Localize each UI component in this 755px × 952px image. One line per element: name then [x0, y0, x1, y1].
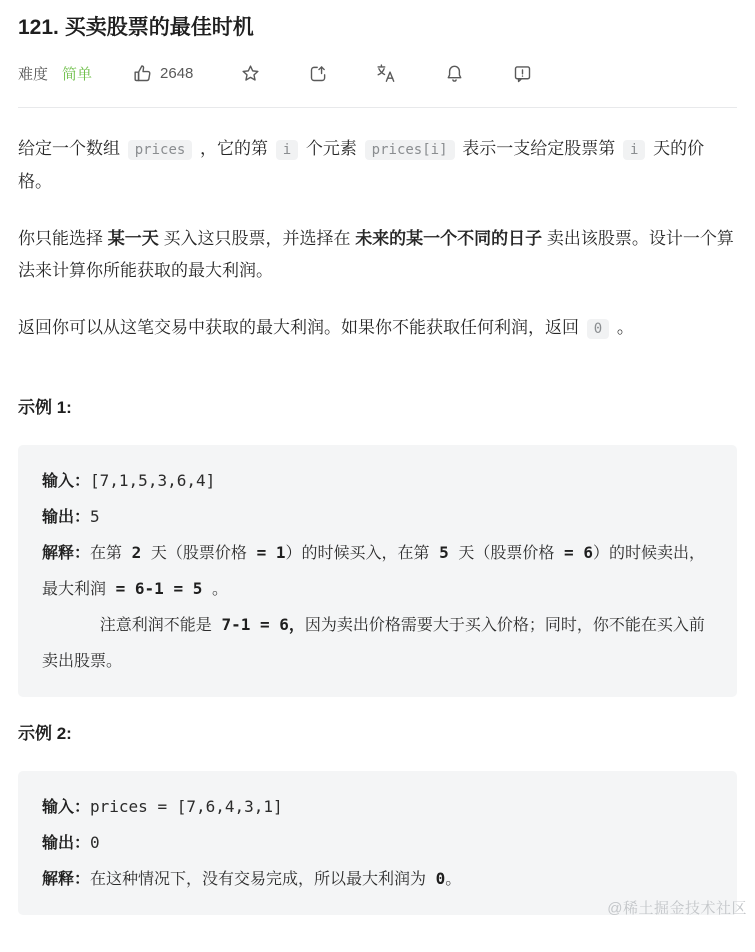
share-button[interactable] — [307, 62, 329, 84]
problem-title: 121. 买卖股票的最佳时机 — [18, 14, 737, 42]
watermark: @稀土掘金技术社区 — [607, 897, 747, 918]
thumbs-up-icon — [132, 63, 153, 84]
example-2-code-block: 输入：prices = [7,6,4,3,1] 输出：0 解释：在这种情况下，没… — [18, 771, 737, 915]
translate-button[interactable] — [375, 62, 397, 84]
favorite-button[interactable] — [239, 62, 261, 84]
notifications-button[interactable] — [443, 62, 465, 84]
share-icon — [308, 63, 329, 84]
like-count: 2648 — [160, 65, 193, 82]
star-icon — [240, 63, 261, 84]
problem-page: 121. 买卖股票的最佳时机 难度 简单 2648 — [0, 0, 755, 915]
description-paragraph-1: 给定一个数组 prices ，它的第 i 个元素 prices[i] 表示一支给… — [18, 133, 737, 198]
example-1-heading: 示例 1: — [18, 397, 737, 419]
difficulty-badge: 简单 — [62, 63, 92, 84]
example-2-heading: 示例 2: — [18, 723, 737, 745]
example-1-code-block: 输入：[7,1,5,3,6,4] 输出：5 解释：在第 2 天（股票价格 = 1… — [18, 445, 737, 697]
meta-bar: 难度 简单 2648 — [18, 60, 737, 86]
description-paragraph-3: 返回你可以从这笔交易中获取的最大利润。如果你不能获取任何利润，返回 0 。 — [18, 312, 737, 345]
translate-icon — [375, 62, 397, 84]
difficulty-label: 难度 — [18, 63, 48, 84]
divider — [18, 107, 737, 108]
like-button[interactable]: 2648 — [132, 63, 193, 84]
description-paragraph-2: 你只能选择 某一天 买入这只股票，并选择在 未来的某一个不同的日子 卖出该股票。… — [18, 223, 737, 287]
feedback-icon — [512, 63, 533, 84]
feedback-button[interactable] — [511, 62, 533, 84]
bell-icon — [444, 63, 465, 84]
problem-description: 给定一个数组 prices ，它的第 i 个元素 prices[i] 表示一支给… — [18, 133, 737, 345]
